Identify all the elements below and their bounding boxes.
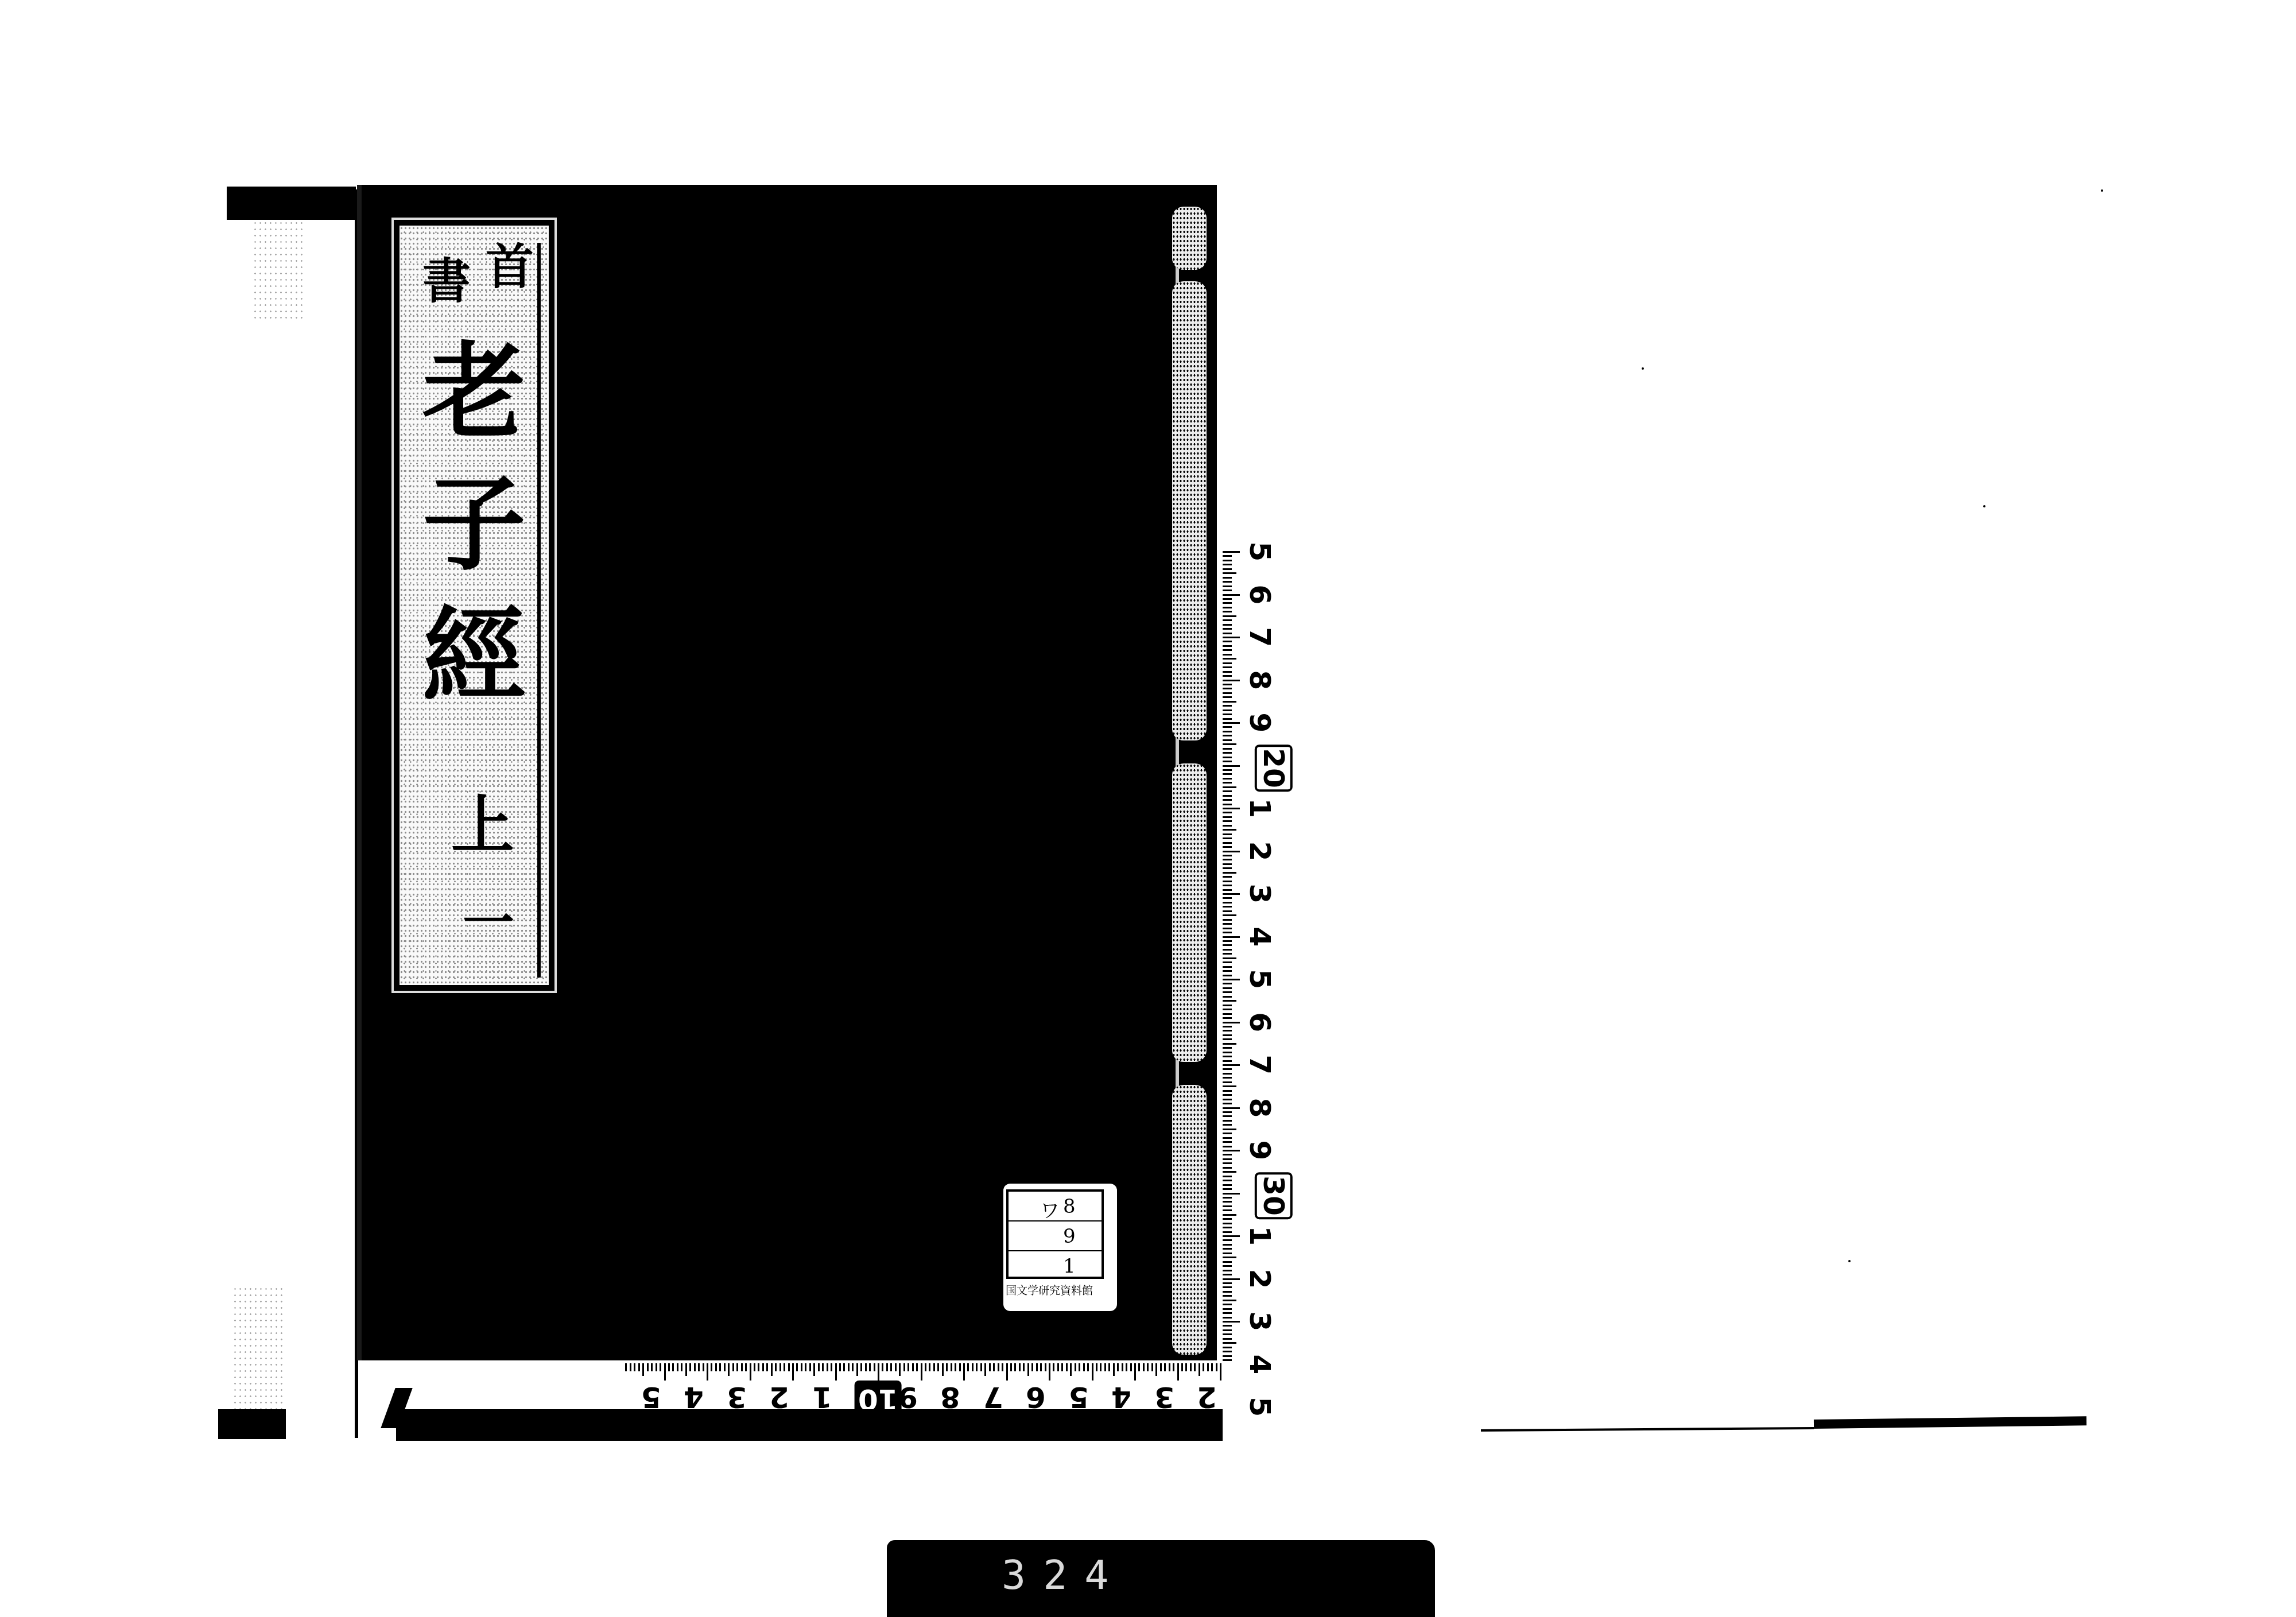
ruler-tick bbox=[1181, 1363, 1183, 1371]
ruler-tick bbox=[1100, 1363, 1102, 1371]
ruler-tick bbox=[762, 1363, 764, 1371]
ruler-tick bbox=[1223, 1261, 1232, 1263]
ruler-tick bbox=[1014, 1363, 1016, 1371]
ruler-tick bbox=[993, 1363, 995, 1371]
ruler-tick bbox=[1223, 637, 1240, 638]
ruler-tick bbox=[1223, 1022, 1240, 1023]
ruler-tick bbox=[1223, 790, 1232, 792]
ruler-tick bbox=[1223, 1347, 1232, 1348]
ruler-label: 9 bbox=[1243, 713, 1277, 733]
ruler-tick bbox=[1185, 1363, 1187, 1371]
ruler-tick bbox=[1223, 1052, 1232, 1053]
ruler-tick bbox=[1040, 1363, 1042, 1371]
ruler-tick bbox=[1223, 658, 1236, 660]
ruler-tick bbox=[1223, 1286, 1232, 1288]
ruler-tick bbox=[1223, 833, 1232, 835]
ruler-tick bbox=[1223, 919, 1232, 921]
scan-speck bbox=[1983, 505, 1985, 507]
ruler-tick bbox=[1223, 936, 1240, 938]
ruler-tick bbox=[925, 1363, 926, 1371]
ruler-label: 8 bbox=[1243, 670, 1277, 690]
ruler-tick bbox=[1223, 731, 1232, 732]
ruler-tick bbox=[1223, 1176, 1232, 1177]
ruler-tick bbox=[1223, 876, 1232, 878]
ruler-tick bbox=[818, 1363, 820, 1371]
ruler-label: 6 bbox=[1243, 1012, 1277, 1032]
ruler-tick bbox=[1223, 757, 1232, 758]
ruler-tick bbox=[1134, 1363, 1136, 1381]
ruler-tick bbox=[809, 1363, 811, 1371]
ruler-tick bbox=[1117, 1363, 1119, 1371]
ruler-tick bbox=[942, 1363, 944, 1376]
ruler-tick bbox=[1223, 846, 1232, 848]
ruler-tick bbox=[1223, 953, 1232, 955]
ruler-tick bbox=[1019, 1363, 1021, 1371]
ruler-tick bbox=[1177, 1363, 1179, 1381]
ruler-tick bbox=[625, 1363, 627, 1371]
ruler-tick bbox=[1223, 837, 1232, 839]
ruler-tick bbox=[681, 1363, 682, 1371]
ruler-tick bbox=[1223, 615, 1236, 617]
ruler-tick bbox=[1223, 1120, 1232, 1122]
ruler-tick bbox=[642, 1363, 644, 1376]
ruler-tick bbox=[1223, 1137, 1232, 1139]
ruler-tick bbox=[895, 1363, 897, 1371]
ruler-tick bbox=[677, 1363, 678, 1371]
ruler-tick bbox=[1223, 765, 1240, 767]
ruler-tick bbox=[1223, 1329, 1232, 1331]
scan-speck bbox=[1848, 1260, 1851, 1262]
ruler-tick bbox=[1075, 1363, 1076, 1371]
ruler-tick bbox=[1223, 598, 1232, 600]
ruler-tick bbox=[1126, 1363, 1127, 1371]
ruler-tick bbox=[754, 1363, 755, 1371]
ruler-tick bbox=[1223, 829, 1236, 831]
ruler-tick bbox=[1223, 1308, 1232, 1310]
ruler-tick bbox=[916, 1363, 918, 1371]
ruler-tick bbox=[1223, 987, 1232, 989]
ruler-tick bbox=[1223, 902, 1232, 903]
ruler-tick bbox=[1223, 645, 1232, 647]
scan-artifact-bar bbox=[1814, 1416, 2086, 1429]
ruler-tick bbox=[1223, 1300, 1236, 1301]
ruler-tick bbox=[1223, 1359, 1232, 1361]
ruler-tick bbox=[1223, 611, 1232, 612]
ruler-tick bbox=[1223, 867, 1232, 869]
ruler-tick bbox=[1223, 1000, 1236, 1002]
ruler-tick bbox=[1223, 1317, 1232, 1319]
ruler-tick bbox=[1223, 654, 1232, 656]
frame-counter-strip: 324 bbox=[887, 1540, 1435, 1617]
ruler-tick bbox=[1223, 1282, 1232, 1284]
ruler-tick bbox=[758, 1363, 759, 1371]
ruler-tick bbox=[1053, 1363, 1054, 1371]
ruler-tick bbox=[1223, 970, 1232, 972]
ruler-tick bbox=[1223, 666, 1232, 668]
ruler-tick bbox=[1223, 752, 1232, 754]
ruler-tick bbox=[963, 1363, 965, 1381]
ruler-tick bbox=[1223, 966, 1232, 968]
ruler-tick bbox=[1010, 1363, 1012, 1371]
ruler-tick bbox=[955, 1363, 956, 1371]
ruler-tick bbox=[865, 1363, 867, 1371]
ruler-tick bbox=[801, 1363, 802, 1371]
ruler-tick bbox=[1223, 739, 1232, 741]
ruler-tick bbox=[1006, 1363, 1008, 1381]
cover-edge bbox=[357, 185, 362, 1360]
ruler-tick bbox=[651, 1363, 653, 1371]
ruler-tick bbox=[707, 1363, 708, 1381]
ruler-tick bbox=[1223, 1270, 1232, 1271]
ruler-tick bbox=[1223, 1115, 1232, 1117]
ruler-tick bbox=[1223, 872, 1236, 874]
ruler-tick bbox=[1223, 1056, 1232, 1057]
ruler-tick bbox=[1223, 889, 1232, 891]
ruler-tick bbox=[980, 1363, 982, 1371]
ruler-tick bbox=[1223, 705, 1232, 707]
ruler-tick bbox=[1113, 1363, 1115, 1376]
slip-volume: 上 bbox=[451, 794, 514, 857]
ruler-tick bbox=[959, 1363, 961, 1371]
ruler-tick bbox=[1223, 1030, 1232, 1032]
ruler-tick bbox=[779, 1363, 781, 1371]
ruler-tick bbox=[946, 1363, 948, 1371]
ruler-tick bbox=[715, 1363, 717, 1371]
ruler-tick bbox=[1203, 1363, 1204, 1371]
ruler-tick bbox=[1223, 906, 1232, 908]
book-spine-binding bbox=[1165, 189, 1217, 1355]
ruler-tick bbox=[766, 1363, 768, 1371]
ruler-tick bbox=[1061, 1363, 1063, 1371]
ruler-tick bbox=[1223, 863, 1232, 865]
ruler-tick bbox=[856, 1363, 858, 1376]
ruler-tick bbox=[1143, 1363, 1145, 1371]
title-slip: 首 書 老 子 經 上 一 bbox=[394, 220, 554, 991]
ruler-tick bbox=[1223, 975, 1232, 976]
ruler-tick bbox=[1223, 949, 1232, 951]
ruler-tick bbox=[1223, 1009, 1232, 1010]
ruler-tick bbox=[843, 1363, 845, 1371]
call-number-row: ワ 8 bbox=[1009, 1192, 1102, 1222]
ruler-tick bbox=[1223, 1162, 1232, 1164]
ruler-label: 5 bbox=[1243, 542, 1277, 562]
ruler-label: 30 bbox=[1255, 1172, 1293, 1219]
ruler-tick bbox=[1223, 743, 1236, 745]
ruler-tick bbox=[1223, 1068, 1232, 1070]
ruler-tick bbox=[852, 1363, 854, 1371]
ruler-tick bbox=[1223, 1248, 1232, 1250]
ruler-tick bbox=[685, 1363, 687, 1376]
ruler-tick bbox=[1223, 1218, 1232, 1220]
ruler-tick bbox=[745, 1363, 747, 1371]
book-bottom-shadow bbox=[396, 1409, 1223, 1441]
ruler-tick bbox=[1223, 1214, 1236, 1216]
ruler-label: 3 bbox=[1243, 1312, 1277, 1332]
ruler-tick bbox=[1223, 684, 1232, 685]
scan-artifact-line bbox=[1481, 1427, 1814, 1432]
ruler-tick bbox=[1223, 1223, 1232, 1224]
slip-title-char: 子 bbox=[422, 472, 526, 576]
ruler-tick bbox=[698, 1363, 700, 1371]
ruler-tick bbox=[792, 1363, 794, 1381]
ruler-tick bbox=[732, 1363, 734, 1371]
ruler-tick bbox=[1223, 1342, 1236, 1344]
ruler-tick bbox=[1108, 1363, 1110, 1371]
scanner-shadow-top bbox=[253, 220, 304, 323]
ruler-tick bbox=[1223, 851, 1240, 852]
ruler-tick bbox=[1223, 1355, 1232, 1357]
ruler-tick bbox=[1223, 1197, 1232, 1199]
ruler-tick bbox=[1045, 1363, 1046, 1371]
ruler-tick bbox=[1223, 1005, 1232, 1006]
ruler-tick bbox=[1223, 842, 1232, 844]
ruler-tick bbox=[1223, 804, 1232, 805]
ruler-tick bbox=[750, 1363, 751, 1381]
ruler-tick bbox=[672, 1363, 674, 1371]
ruler-tick bbox=[989, 1363, 991, 1371]
ruler-tick bbox=[1223, 1043, 1236, 1045]
ruler-tick bbox=[1223, 1158, 1232, 1160]
ruler-tick bbox=[1223, 881, 1232, 882]
slip-volume-mark: 一 bbox=[463, 897, 514, 949]
ruler-tick bbox=[1223, 816, 1232, 818]
ruler-tick bbox=[1164, 1363, 1166, 1371]
ruler-tick bbox=[1223, 795, 1232, 797]
ruler-tick bbox=[1223, 957, 1236, 959]
ruler-tick bbox=[998, 1363, 999, 1371]
ruler-tick bbox=[839, 1363, 841, 1371]
ruler-tick bbox=[1223, 859, 1232, 860]
ruler-tick bbox=[1223, 932, 1232, 933]
scale-ruler-vertical: 56789201234567893012345 bbox=[1223, 551, 1277, 1366]
ruler-tick bbox=[1223, 662, 1232, 664]
ruler-tick bbox=[1223, 1047, 1232, 1049]
ruler-tick bbox=[1223, 1103, 1232, 1104]
ruler-tick bbox=[775, 1363, 777, 1371]
ruler-tick bbox=[1096, 1363, 1097, 1371]
ruler-tick bbox=[1223, 1064, 1240, 1066]
ruler-tick bbox=[1223, 1146, 1232, 1147]
ruler-tick bbox=[1223, 564, 1232, 565]
ruler-label: 5 bbox=[1243, 1397, 1277, 1417]
ruler-tick bbox=[912, 1363, 914, 1371]
ruler-label: 5 bbox=[1243, 970, 1277, 990]
ruler-tick bbox=[869, 1363, 871, 1371]
ruler-tick bbox=[976, 1363, 978, 1371]
ruler-tick bbox=[638, 1363, 640, 1371]
slip-title-char: 老 bbox=[422, 340, 526, 444]
ruler-tick bbox=[689, 1363, 691, 1371]
ruler-tick bbox=[741, 1363, 743, 1371]
ruler-label: 4 bbox=[1243, 926, 1277, 947]
ruler-tick bbox=[728, 1363, 730, 1376]
ruler-tick bbox=[1223, 983, 1232, 984]
ruler-tick bbox=[1223, 1184, 1232, 1186]
ruler-tick bbox=[724, 1363, 726, 1371]
ruler-tick bbox=[1190, 1363, 1192, 1371]
ruler-tick bbox=[874, 1363, 875, 1371]
ruler-tick bbox=[796, 1363, 798, 1371]
ruler-tick bbox=[1220, 1363, 1221, 1381]
ruler-tick bbox=[1223, 979, 1240, 980]
ruler-tick bbox=[1223, 633, 1232, 634]
ruler-tick bbox=[899, 1363, 901, 1376]
ruler-tick bbox=[1223, 726, 1232, 728]
ruler-tick bbox=[1079, 1363, 1080, 1371]
ruler-tick bbox=[1223, 1154, 1232, 1155]
ruler-tick bbox=[630, 1363, 631, 1371]
ruler-tick bbox=[1223, 1312, 1232, 1314]
ruler-tick bbox=[1223, 1081, 1232, 1083]
ruler-tick bbox=[1223, 701, 1236, 703]
ruler-tick bbox=[1223, 885, 1232, 886]
ruler-tick bbox=[736, 1363, 738, 1371]
ruler-label: 1 bbox=[1243, 798, 1277, 819]
ruler-tick bbox=[1223, 1295, 1232, 1297]
ruler-tick bbox=[1223, 1338, 1232, 1340]
ruler-tick bbox=[933, 1363, 935, 1371]
ruler-tick bbox=[703, 1363, 704, 1371]
ruler-tick bbox=[1223, 820, 1232, 822]
ruler-tick bbox=[1223, 1111, 1232, 1113]
ruler-tick bbox=[1104, 1363, 1106, 1371]
ruler-tick bbox=[1223, 594, 1240, 596]
ruler-label: 20 bbox=[1255, 744, 1293, 792]
ruler-tick bbox=[1223, 560, 1232, 561]
ruler-tick bbox=[1223, 1129, 1236, 1130]
slip-header-char: 書 bbox=[422, 257, 471, 305]
ruler-tick bbox=[903, 1363, 905, 1371]
ruler-tick bbox=[1223, 769, 1232, 771]
ruler-tick bbox=[1223, 551, 1240, 553]
ruler-tick bbox=[1223, 1124, 1232, 1126]
ruler-tick bbox=[1031, 1363, 1033, 1371]
ruler-tick bbox=[1223, 1291, 1232, 1293]
ruler-tick bbox=[967, 1363, 969, 1371]
ruler-tick bbox=[1160, 1363, 1162, 1371]
ruler-tick bbox=[848, 1363, 850, 1371]
ruler-tick bbox=[1223, 1304, 1232, 1305]
ruler-tick bbox=[1002, 1363, 1003, 1371]
ruler-tick bbox=[1223, 1090, 1232, 1092]
frame-counter-number: 324 bbox=[1002, 1552, 1126, 1599]
ruler-tick bbox=[1223, 709, 1232, 711]
ruler-tick bbox=[1223, 1026, 1232, 1027]
ruler-tick bbox=[1130, 1363, 1132, 1371]
ruler-tick bbox=[1223, 1244, 1232, 1246]
ruler-tick bbox=[1223, 675, 1232, 677]
ruler-tick bbox=[878, 1363, 879, 1381]
ruler-tick bbox=[1223, 1278, 1240, 1280]
ruler-tick bbox=[929, 1363, 930, 1371]
ruler-label: 4 bbox=[1243, 1354, 1277, 1374]
ruler-tick bbox=[1223, 1167, 1232, 1169]
ruler-tick bbox=[1223, 585, 1232, 587]
ruler-tick bbox=[1151, 1363, 1153, 1371]
ruler-tick bbox=[1122, 1363, 1123, 1371]
scan-speck bbox=[2101, 189, 2103, 192]
ruler-tick bbox=[822, 1363, 824, 1371]
ruler-label: 2 bbox=[1243, 1269, 1277, 1289]
ruler-tick bbox=[1223, 893, 1240, 895]
ruler-tick bbox=[1223, 748, 1232, 750]
ruler-tick bbox=[1223, 778, 1232, 780]
ruler-tick bbox=[1199, 1363, 1200, 1376]
ruler-tick bbox=[711, 1363, 712, 1371]
ruler-label: 2 bbox=[1243, 841, 1277, 861]
ruler-tick bbox=[1223, 799, 1232, 801]
ruler-tick bbox=[1223, 1060, 1232, 1062]
ruler-tick bbox=[1223, 602, 1232, 604]
ruler-tick bbox=[1223, 1201, 1232, 1203]
ruler-tick bbox=[1223, 628, 1232, 630]
ruler-tick bbox=[1223, 555, 1232, 557]
ruler-tick bbox=[660, 1363, 661, 1371]
ruler-tick bbox=[1216, 1363, 1217, 1371]
ruler-tick bbox=[1223, 940, 1232, 942]
call-number-grid: ワ 8 9 1 bbox=[1006, 1189, 1104, 1279]
call-number-row: 9 bbox=[1009, 1222, 1102, 1251]
ruler-tick bbox=[1223, 1239, 1232, 1241]
ruler-tick bbox=[1223, 782, 1232, 784]
ruler-tick bbox=[1223, 991, 1232, 993]
ruler-tick bbox=[1223, 688, 1232, 689]
slip-border-rule bbox=[537, 243, 541, 978]
ruler-tick bbox=[1223, 1351, 1232, 1352]
ruler-tick bbox=[1083, 1363, 1085, 1371]
ruler-tick bbox=[664, 1363, 666, 1381]
ruler-tick bbox=[890, 1363, 892, 1371]
ruler-tick bbox=[1223, 808, 1240, 809]
ruler-tick bbox=[634, 1363, 635, 1371]
ruler-tick bbox=[1223, 577, 1232, 579]
slip-title-char: 經 bbox=[422, 604, 526, 708]
ruler-label: 9 bbox=[1243, 1141, 1277, 1161]
scanner-strip-bottom bbox=[218, 1409, 286, 1439]
ruler-tick bbox=[1223, 1034, 1232, 1036]
ruler-tick bbox=[1223, 641, 1232, 642]
ruler-tick bbox=[1223, 1094, 1232, 1096]
ruler-tick bbox=[1223, 718, 1232, 720]
scale-ruler-horizontal: 234567891012345 bbox=[617, 1363, 1243, 1412]
ruler-tick bbox=[1223, 1077, 1232, 1079]
ruler-tick bbox=[1087, 1363, 1089, 1371]
ruler-tick bbox=[1223, 897, 1232, 899]
ruler-tick bbox=[835, 1363, 837, 1381]
ruler-tick bbox=[1223, 961, 1232, 963]
ruler-tick bbox=[1223, 696, 1232, 698]
ruler-tick bbox=[1223, 619, 1232, 621]
ruler-tick bbox=[921, 1363, 922, 1381]
ruler-tick bbox=[1027, 1363, 1029, 1376]
ruler-tick bbox=[1207, 1363, 1209, 1371]
ruler-tick bbox=[1223, 1099, 1232, 1100]
ruler-tick bbox=[1057, 1363, 1059, 1371]
ruler-label: 1 bbox=[1243, 1226, 1277, 1246]
ruler-tick bbox=[788, 1363, 790, 1371]
ruler-label: 7 bbox=[1243, 627, 1277, 647]
ruler-tick bbox=[1223, 1231, 1232, 1233]
ruler-tick bbox=[1223, 572, 1236, 574]
ruler-tick bbox=[1223, 910, 1232, 912]
ruler-tick bbox=[1023, 1363, 1025, 1371]
ruler-tick bbox=[647, 1363, 649, 1371]
ruler-tick bbox=[1223, 1038, 1232, 1040]
ruler-label: 8 bbox=[1243, 1098, 1277, 1118]
ruler-tick bbox=[1223, 722, 1240, 724]
ruler-tick bbox=[882, 1363, 883, 1371]
ruler-tick bbox=[1223, 923, 1232, 925]
